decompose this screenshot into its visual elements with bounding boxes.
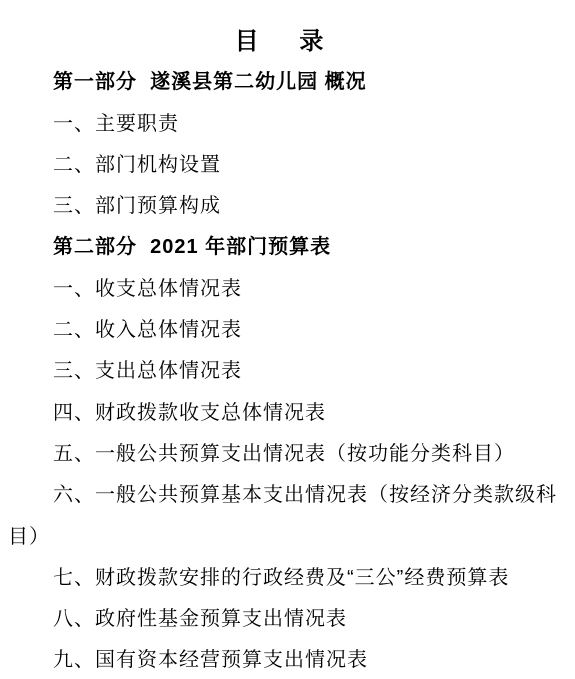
toc-item: 四、财政拨款收支总体情况表 (8, 393, 567, 434)
toc-item: 七、财政拨款安排的行政经费及“三公”经费预算表 (8, 558, 567, 599)
toc-item: 二、收入总体情况表 (8, 310, 567, 351)
document-page: 目 录 第一部分 遂溪县第二幼儿园 概况 一、主要职责 二、部门机构设置 三、部… (0, 0, 575, 679)
toc-item: 一、收支总体情况表 (8, 269, 567, 310)
toc-section-heading-part2: 第二部分 2021 年部门预算表 (8, 227, 567, 268)
toc-item: 一、主要职责 (8, 104, 567, 145)
toc-section-heading-part1: 第一部分 遂溪县第二幼儿园 概况 (8, 62, 567, 103)
toc-item: 三、支出总体情况表 (8, 351, 567, 392)
toc-item: 九、国有资本经营预算支出情况表 (8, 640, 567, 679)
toc-item: 八、政府性基金预算支出情况表 (8, 599, 567, 640)
toc-item: 三、部门预算构成 (8, 186, 567, 227)
toc-item: 五、一般公共预算支出情况表（按功能分类科目） (8, 434, 567, 475)
document-title: 目 录 (8, 21, 567, 62)
toc-item: 六、一般公共预算基本支出情况表（按经济分类款级科目） (8, 475, 567, 558)
toc-item: 二、部门机构设置 (8, 145, 567, 186)
